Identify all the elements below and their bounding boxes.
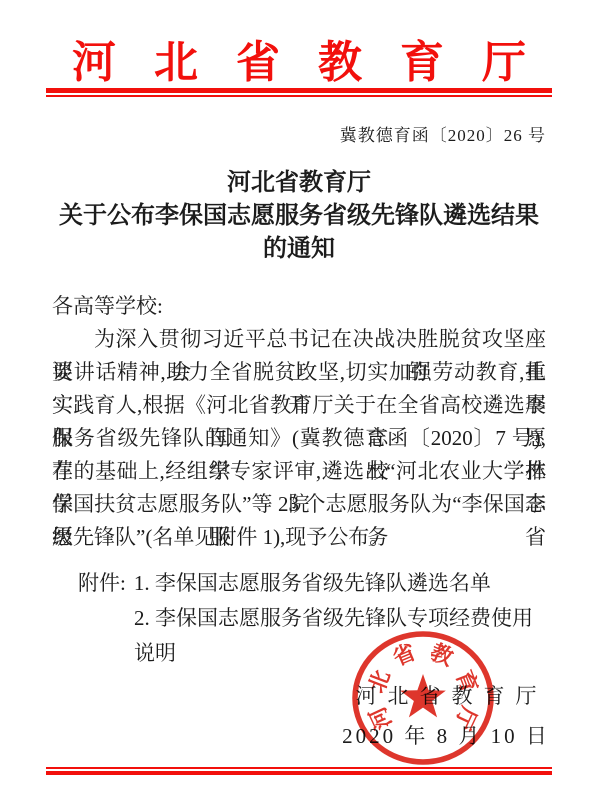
official-document-page: 河北省教育厅 冀教德育函〔2020〕26 号 河北省教育厅 关于公布李保国志愿服…	[0, 0, 598, 798]
attachments-label: 附件:	[78, 571, 126, 595]
seal-char-2: 北	[364, 667, 395, 697]
document-body: 各高等学校: 为深入贯彻习近平总书记在决战决胜脱贫攻坚座谈会上的重 要讲话精神,…	[52, 290, 546, 554]
seal-char-4: 教	[427, 639, 458, 671]
attachment-item-1-text: 1. 李保国志愿服务省级先锋队遴选名单	[134, 571, 491, 595]
document-title-line-1: 河北省教育厅	[26, 167, 572, 200]
paragraph-line: 为深入贯彻习近平总书记在决战决胜脱贫攻坚座谈会上的重	[52, 323, 546, 356]
seal-char-1: 河	[364, 703, 396, 734]
official-seal: 河 北 省 教 育 厅	[350, 630, 496, 768]
paragraph-line: 荐的基础上,经组织专家评审,遴选出“河北农业大学林学院李	[52, 455, 546, 488]
footer-divider-rule	[46, 767, 552, 776]
paragraph-line: 服务省级先锋队的通知》(冀教德育函〔2020〕7 号),在学校推	[52, 422, 546, 455]
attachment-item-1: 附件:1. 李保国志愿服务省级先锋队遴选名单	[52, 566, 546, 601]
footer-rule-thick-line	[46, 771, 552, 775]
letterhead-agency-name: 河北省教育厅	[0, 26, 598, 90]
seal-char-6: 厅	[450, 703, 482, 734]
paragraph-line: 保国扶贫志愿服务队”等 23 个志愿服务队为“李保国志愿服务省	[52, 488, 546, 521]
document-reference-number: 冀教德育函〔2020〕26 号	[340, 121, 546, 146]
letterhead-rule-thick-line	[46, 88, 552, 93]
letterhead-divider-rule	[46, 88, 552, 98]
salutation: 各高等学校:	[52, 290, 546, 323]
footer-rule-thin-line	[46, 767, 552, 769]
document-title-line-2: 关于公布李保国志愿服务省级先锋队遴选结果	[26, 200, 572, 233]
document-title: 河北省教育厅 关于公布李保国志愿服务省级先锋队遴选结果 的通知	[26, 167, 572, 266]
seal-star-icon	[400, 674, 446, 717]
seal-char-3: 省	[389, 639, 419, 671]
paragraph-line: 要讲话精神,助力全省脱贫攻坚,切实加强劳动教育,扎实开展	[52, 356, 546, 389]
document-title-line-3: 的通知	[26, 233, 572, 266]
paragraph-line: 实践育人,根据《河北省教育厅关于在全省高校遴选李保国志愿	[52, 389, 546, 422]
seal-char-5: 育	[451, 667, 482, 697]
letterhead-rule-thin-line	[46, 95, 552, 97]
